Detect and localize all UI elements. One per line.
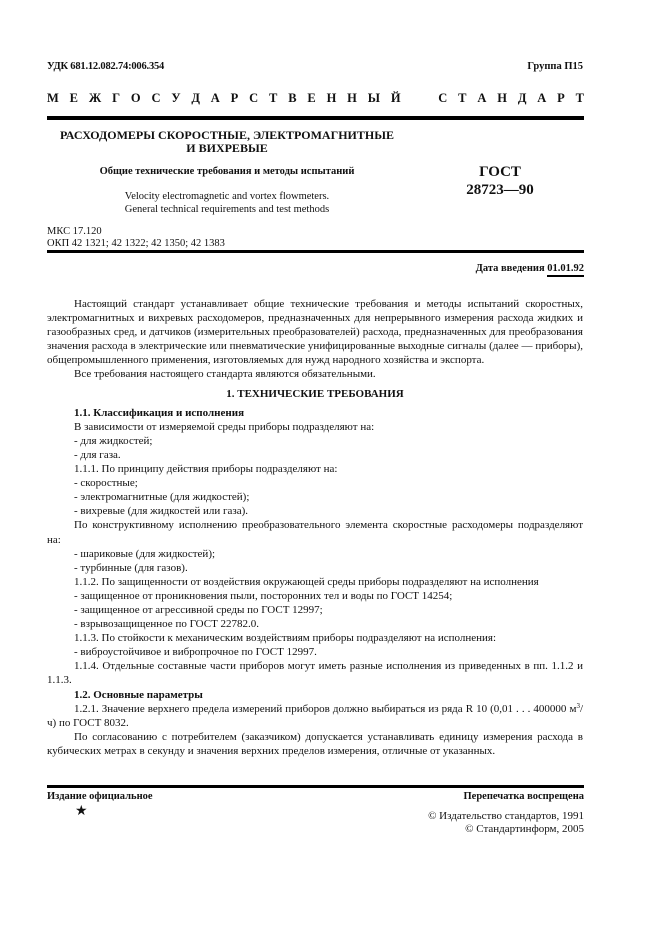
copyright-line-2: © Стандартинформ, 2005 xyxy=(428,823,584,836)
clause-1-1-2: 1.1.2. По защищенности от воздействия ок… xyxy=(47,575,583,589)
banner-letter: Ы xyxy=(368,91,380,106)
middle-rule xyxy=(47,250,584,253)
list-item: - шариковые (для жидкостей); xyxy=(47,547,583,561)
list-item: - электромагнитные (для жидкостей); xyxy=(47,490,583,504)
okp-code: ОКП 42 1321; 42 1322; 42 1350; 42 1383 xyxy=(47,238,225,250)
list-item: - для газа. xyxy=(47,448,583,462)
english-title: Velocity electromagnetic and vortex flow… xyxy=(47,190,407,216)
list-item: - защищенное от агрессивной среды по ГОС… xyxy=(47,603,583,617)
copyright-line-1: © Издательство стандартов, 1991 xyxy=(428,810,584,823)
banner-letter: Ж xyxy=(89,91,101,106)
gost-designation: ГОСТ 28723—90 xyxy=(440,163,560,199)
date-value: 01.01.92 xyxy=(547,263,584,277)
banner-letter: В xyxy=(288,91,296,106)
top-rule xyxy=(47,116,584,120)
agreement-paragraph: По согласованию с потребителем (заказчик… xyxy=(47,730,583,758)
banner-gap xyxy=(411,91,427,106)
introduction-date: Дата введения 01.01.92 xyxy=(476,263,584,274)
document-subtitle: Общие технические требования и методы ис… xyxy=(47,166,407,177)
banner-letter: Т xyxy=(269,91,277,106)
banner-letter: Н xyxy=(327,91,337,106)
list-item: - скоростные; xyxy=(47,476,583,490)
body-text: Настоящий стандарт устанавливает общие т… xyxy=(47,297,583,758)
reprint-prohibited-label: Перепечатка воспрещена xyxy=(464,791,584,802)
clause-1-1-3: 1.1.3. По стойкости к механическим возде… xyxy=(47,631,583,645)
subsection-1-1-heading: 1.1. Классификация и исполнения xyxy=(47,406,583,420)
banner-letter: Й xyxy=(391,91,401,106)
banner-letter: Г xyxy=(112,91,120,106)
document-title: РАСХОДОМЕРЫ СКОРОСТНЫЕ, ЭЛЕКТРОМАГНИТНЫЕ… xyxy=(47,129,407,155)
classification-codes: МКС 17.120 ОКП 42 1321; 42 1322; 42 1350… xyxy=(47,226,225,250)
clause-1-2-1-text: 1.2.1. Значение верхнего предела измерен… xyxy=(74,703,576,715)
banner-letter: С xyxy=(438,91,447,106)
mks-code: МКС 17.120 xyxy=(47,226,225,238)
clause-1-1-4: 1.1.4. Отдельные составные части приборо… xyxy=(47,659,583,687)
english-title-line-1: Velocity electromagnetic and vortex flow… xyxy=(47,190,407,203)
banner-letter: Д xyxy=(191,91,200,106)
list-item: - взрывозащищенное по ГОСТ 22782.0. xyxy=(47,617,583,631)
banner-letter: А xyxy=(477,91,486,106)
list-item: - защищенное от проникновения пыли, пост… xyxy=(47,589,583,603)
banner-letter: С xyxy=(151,91,160,106)
title-line-2: И ВИХРЕВЫЕ xyxy=(47,142,407,155)
banner-letter: Н xyxy=(497,91,507,106)
clause-1-1-1: 1.1.1. По принципу действия приборы подр… xyxy=(47,462,583,476)
list-item: - для жидкостей; xyxy=(47,434,583,448)
banner-letter: Т xyxy=(576,91,584,106)
banner-letter: Р xyxy=(231,91,239,106)
group-code: Группа П15 xyxy=(527,61,583,72)
banner-letter: С xyxy=(249,91,258,106)
star-icon: ★ xyxy=(75,803,88,820)
banner-letter: Е xyxy=(70,91,78,106)
banner-letter: А xyxy=(537,91,546,106)
banner-letter: У xyxy=(171,91,180,106)
subsection-1-2-heading: 1.2. Основные параметры xyxy=(47,688,583,702)
english-title-line-2: General technical requirements and test … xyxy=(47,203,407,216)
banner-letter: Н xyxy=(347,91,357,106)
list-item: - турбинные (для газов). xyxy=(47,561,583,575)
banner-letter: Р xyxy=(557,91,565,106)
list-item: - виброустойчивое и вибропрочное по ГОСТ… xyxy=(47,645,583,659)
copyright-block: © Издательство стандартов, 1991 © Станда… xyxy=(428,810,584,836)
list-item: - вихревые (для жидкостей или газа). xyxy=(47,504,583,518)
udk-code: УДК 681.12.082.74:006.354 xyxy=(47,61,164,72)
banner-letter: Е xyxy=(307,91,315,106)
banner-letter: Д xyxy=(518,91,527,106)
interstate-standard-banner: МЕЖГОСУДАРСТВЕННЫЙСТАНДАРТ xyxy=(47,91,584,106)
footer-rule xyxy=(47,785,584,788)
banner-letter: О xyxy=(131,91,141,106)
mandatory-paragraph: Все требования настоящего стандарта явля… xyxy=(47,367,583,381)
construct-paragraph: По конструктивному исполнению преобразов… xyxy=(47,518,583,546)
section-1-heading: 1. ТЕХНИЧЕСКИЕ ТРЕБОВАНИЯ xyxy=(47,387,583,401)
banner-letter: М xyxy=(47,91,59,106)
banner-letter: А xyxy=(211,91,220,106)
official-edition-label: Издание официальное xyxy=(47,791,153,802)
banner-letter: Т xyxy=(458,91,466,106)
gost-number: 28723—90 xyxy=(440,181,560,199)
subsection-1-1-text: В зависимости от измеряемой среды прибор… xyxy=(47,420,583,434)
clause-1-2-1: 1.2.1. Значение верхнего предела измерен… xyxy=(47,702,583,730)
date-label: Дата введения xyxy=(476,263,545,274)
gost-label: ГОСТ xyxy=(440,163,560,181)
intro-paragraph: Настоящий стандарт устанавливает общие т… xyxy=(47,297,583,367)
